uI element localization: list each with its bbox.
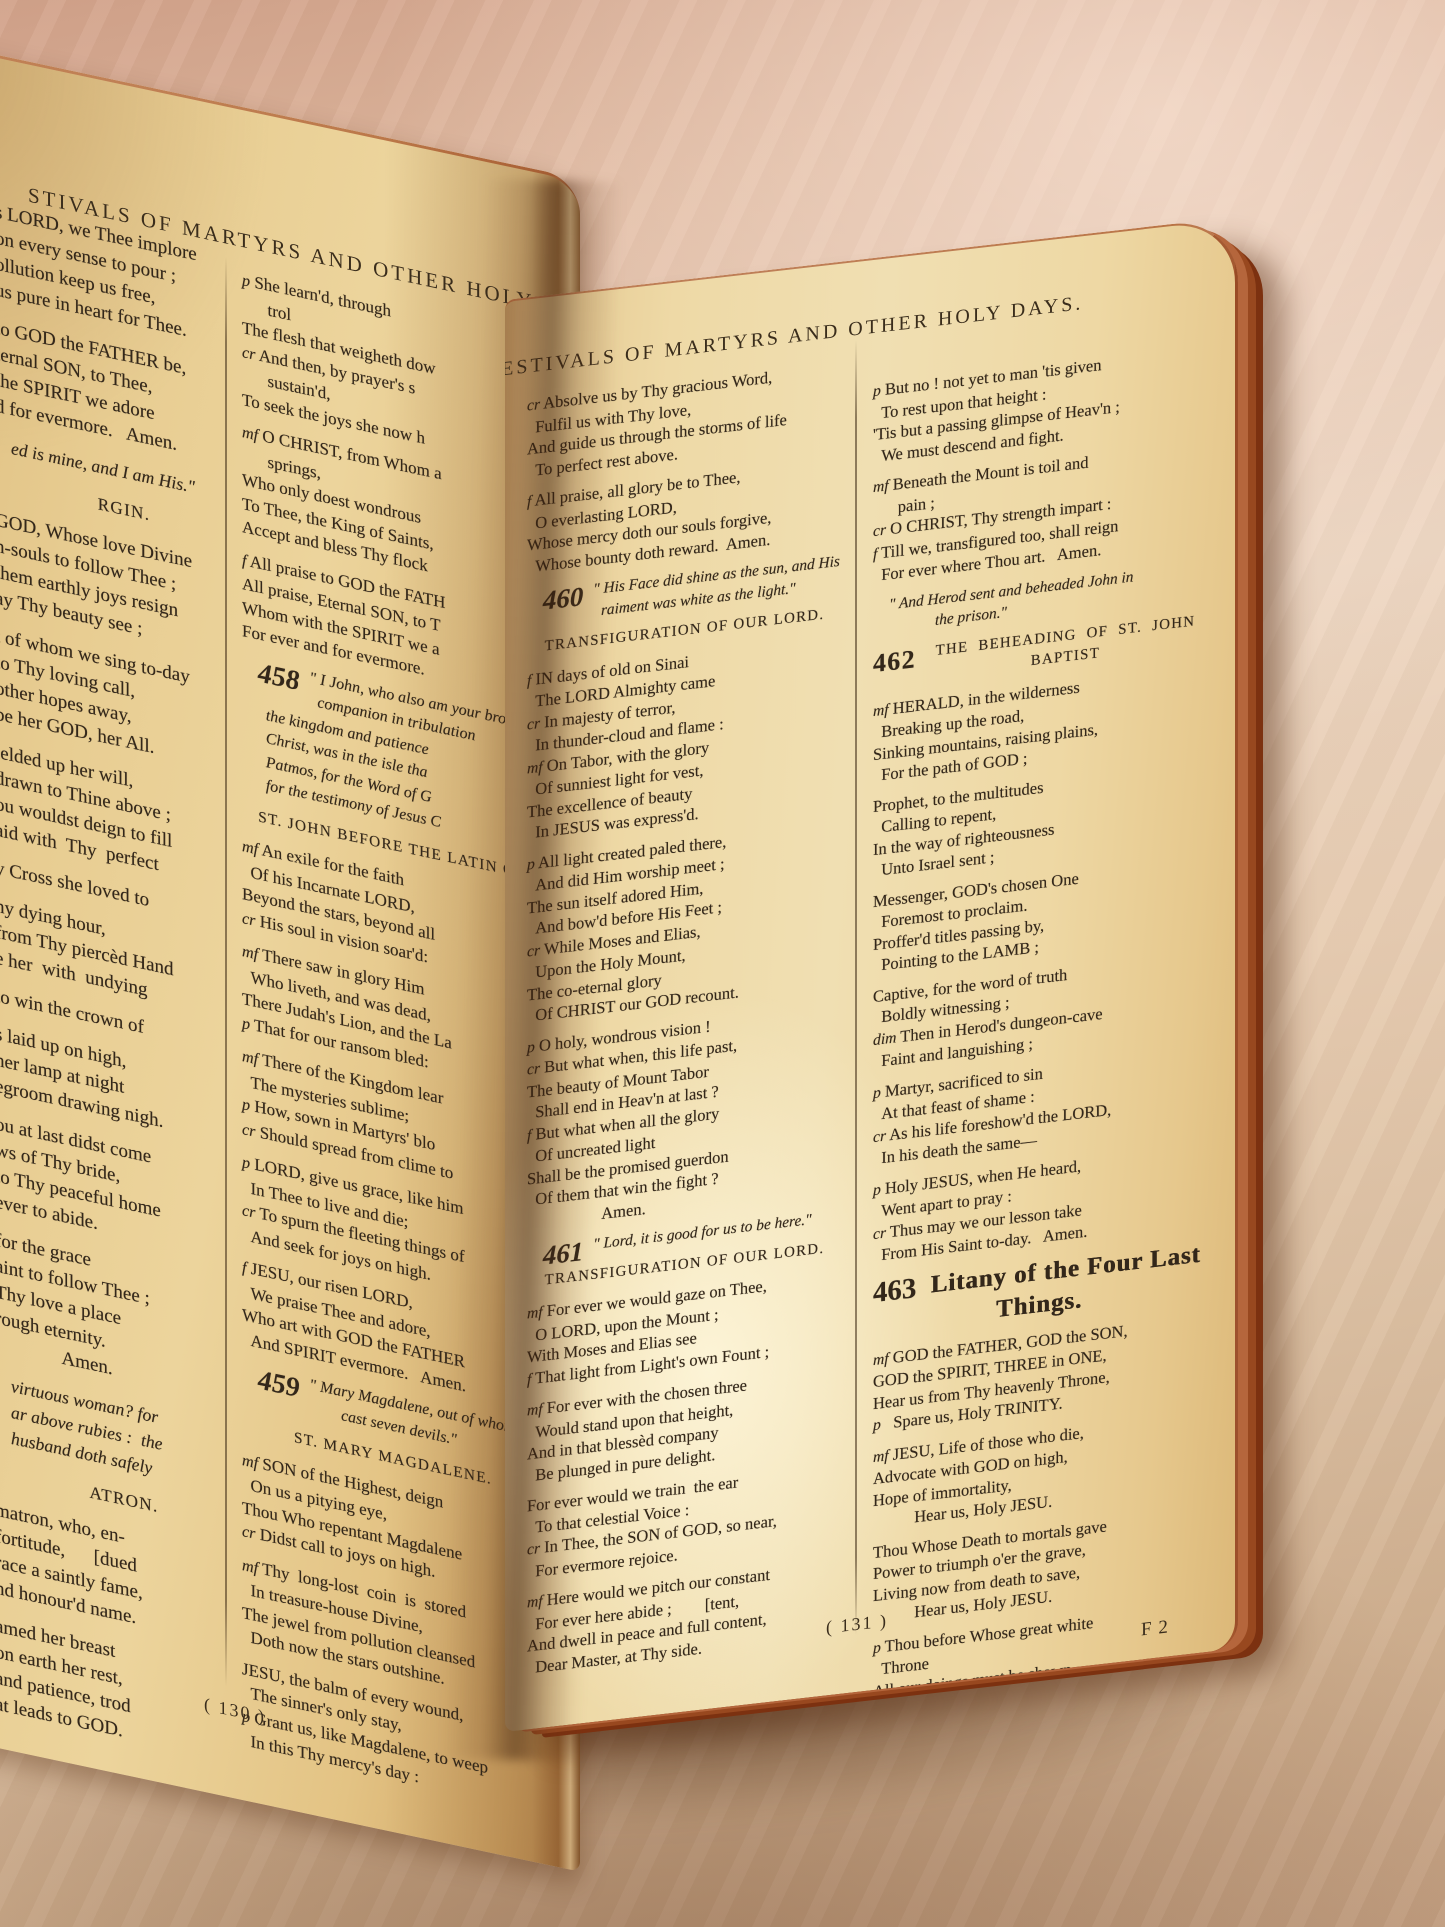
dynamic-mark: p	[873, 1084, 881, 1102]
signature-mark: F 2	[1141, 1616, 1169, 1641]
dynamic-mark: p	[242, 1096, 250, 1115]
right-column-rule	[855, 340, 857, 1635]
left-page-column-1: s LORD, we Thee imploreon every sense to…	[0, 199, 253, 1784]
dynamic-mark: mf	[242, 424, 258, 444]
dynamic-mark: mf	[873, 1447, 889, 1466]
dynamic-mark: mf	[873, 477, 889, 496]
dynamic-mark: f	[242, 1259, 247, 1277]
dynamic-mark: f	[873, 545, 877, 562]
dynamic-mark: cr	[242, 1523, 255, 1543]
hymn-number: 463	[873, 1274, 916, 1308]
dynamic-mark: mf	[242, 943, 258, 963]
dynamic-mark: f	[242, 551, 247, 569]
dynamic-mark: dim	[873, 1029, 896, 1049]
dynamic-mark: cr	[242, 343, 255, 363]
photo-open-hymnal-book: STIVALS OF MARTYRS AND OTHER HOLY DAYS s…	[0, 0, 1445, 1927]
dynamic-mark: p	[242, 1154, 250, 1173]
dynamic-mark: p	[873, 1639, 881, 1657]
dynamic-mark: p	[242, 272, 250, 291]
dynamic-mark: mf	[242, 1048, 258, 1068]
dynamic-mark: mf	[242, 1556, 258, 1576]
right-page-column-2: p But no ! not yet to man 'tis given To …	[873, 342, 1205, 1732]
dynamic-mark: cr	[873, 522, 886, 540]
dynamic-mark: p	[873, 382, 881, 400]
dynamic-mark: cr	[873, 1127, 886, 1145]
dynamic-mark: p	[242, 1014, 250, 1033]
dynamic-mark: mf	[242, 838, 258, 858]
hymn-number: 462	[873, 646, 916, 677]
dynamic-mark: cr	[242, 1202, 255, 1222]
dynamic-mark: mf	[873, 1350, 889, 1369]
dynamic-mark: cr	[242, 909, 255, 929]
dynamic-mark: cr	[873, 1224, 886, 1242]
dynamic-mark: cr	[242, 1120, 255, 1140]
dynamic-mark: mf	[873, 701, 889, 720]
dynamic-mark: p	[873, 1181, 881, 1199]
dynamic-mark: p	[873, 1417, 881, 1435]
dynamic-mark: mf	[242, 1451, 258, 1471]
